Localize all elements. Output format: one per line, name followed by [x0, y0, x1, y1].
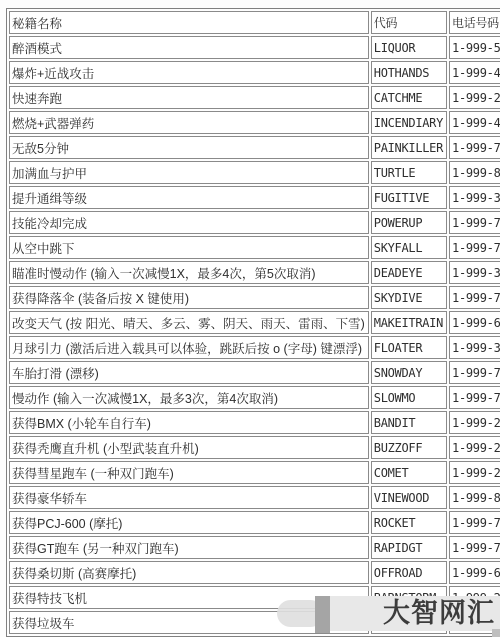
table-row: 从空中跳下SKYFALL1-999-759-3255 [9, 236, 500, 259]
cheat-code-cell: BUZZOFF [371, 436, 447, 459]
table-row: 获得BMX (小轮车自行车)BANDIT1-999-226-348 [9, 411, 500, 434]
watermark-corner [492, 629, 500, 637]
table-row: 获得桑切斯 (高赛摩托)OFFROAD1-999-633-7623 [9, 561, 500, 584]
cheat-phone-cell: 1-999-756-966 [449, 386, 500, 409]
cheat-phone-cell: 1-999-766-9329 [449, 361, 500, 384]
cheat-name-cell: 燃烧+武器弹药 [9, 111, 369, 134]
header-row: 秘籍名称 代码 电话号码 [9, 11, 500, 34]
table-row: 获得降落伞 (装备后按 X 键使用)SKYDIVE1-999-759-3483 [9, 286, 500, 309]
cheat-name-cell: 从空中跳下 [9, 236, 369, 259]
cheat-name-cell: 获得豪华轿车 [9, 486, 369, 509]
column-header-phone: 电话号码 [449, 11, 500, 34]
cheat-phone-cell: 1-999-762-538 [449, 511, 500, 534]
cheat-phone-cell: 1-999-846-39663 [449, 486, 500, 509]
table-row: 提升通缉等级FUGITIVE1-999-3844-8483 [9, 186, 500, 209]
cheat-name-cell: 技能冷却完成 [9, 211, 369, 234]
cheat-table-body: 醉酒模式LIQUOR1-999-547-861爆炸+近战攻击HOTHANDS1-… [9, 36, 500, 634]
cheat-code-cell: RAPIDGT [371, 536, 447, 559]
table-row: 获得秃鹰直升机 (小型武装直升机)BUZZOFF1-999-289-9633 [9, 436, 500, 459]
cheat-name-cell: 获得秃鹰直升机 (小型武装直升机) [9, 436, 369, 459]
table-row: 获得PCJ-600 (摩托)ROCKET1-999-762-538 [9, 511, 500, 534]
table-row: 技能冷却完成POWERUP1-999-769-3787 [9, 211, 500, 234]
cheat-code-cell: MAKEITRAIN [371, 311, 447, 334]
cheat-name-cell: 瞄准时慢动作 (输入一次减慢1X，最多4次，第5次取消) [9, 261, 369, 284]
table-row: 瞄准时慢动作 (输入一次减慢1X，最多4次，第5次取消)DEADEYE1-999… [9, 261, 500, 284]
cheat-code-cell: HOTHANDS [371, 61, 447, 84]
cheat-phone-cell: 1-999-547-861 [449, 36, 500, 59]
table-row: 燃烧+武器弹药INCENDIARY1-999-462-363-4279 [9, 111, 500, 134]
cheat-phone-cell: 1-999-724-654-5537 [449, 136, 500, 159]
cheat-phone-cell: 1-999-759-3255 [449, 236, 500, 259]
cheat-phone-cell: 1-999-4684-2637 [449, 61, 500, 84]
table-row: 无敌5分钟PAINKILLER1-999-724-654-5537 [9, 136, 500, 159]
cheat-name-cell: 醉酒模式 [9, 36, 369, 59]
cheat-name-cell: 提升通缉等级 [9, 186, 369, 209]
cheat-code-cell: SNOWDAY [371, 361, 447, 384]
table-row: 醉酒模式LIQUOR1-999-547-861 [9, 36, 500, 59]
table-row: 获得GT跑车 (另一种双门跑车)RAPIDGT1-999-727-4348 [9, 536, 500, 559]
cheat-phone-cell: 1-999-228-8463 [449, 86, 500, 109]
cheat-code-table: 秘籍名称 代码 电话号码 醉酒模式LIQUOR1-999-547-861爆炸+近… [6, 8, 500, 637]
table-row: 获得彗星跑车 (一种双门跑车)COMET1-999-266-38 [9, 461, 500, 484]
cheat-phone-cell: 1-999-226-348 [449, 411, 500, 434]
cheat-phone-cell: 1-999-332-3393 [449, 261, 500, 284]
cheat-name-cell: 获得GT跑车 (另一种双门跑车) [9, 536, 369, 559]
cheat-phone-cell: 1-999-887-853 [449, 161, 500, 184]
cheat-name-cell: 慢动作 (输入一次减慢1X，最多3次，第4次取消) [9, 386, 369, 409]
cheat-code-cell: SKYDIVE [371, 286, 447, 309]
table-row: 快速奔跑CATCHME1-999-228-8463 [9, 86, 500, 109]
table-row: 车胎打滑 (漂移)SNOWDAY1-999-766-9329 [9, 361, 500, 384]
cheat-name-cell: 获得桑切斯 (高赛摩托) [9, 561, 369, 584]
cheat-code-cell: FUGITIVE [371, 186, 447, 209]
cheat-code-cell: SLOWMO [371, 386, 447, 409]
table-row: 爆炸+近战攻击HOTHANDS1-999-4684-2637 [9, 61, 500, 84]
table-row: 慢动作 (输入一次减慢1X，最多3次，第4次取消)SLOWMO1-999-756… [9, 386, 500, 409]
cheat-name-cell: 快速奔跑 [9, 86, 369, 109]
cheat-code-cell: DEADEYE [371, 261, 447, 284]
cheat-phone-cell: 1-999-633-7623 [449, 561, 500, 584]
cheat-code-cell: CATCHME [371, 86, 447, 109]
cheat-code-cell: VINEWOOD [371, 486, 447, 509]
cheat-code-cell: BANDIT [371, 411, 447, 434]
cheat-code-cell: COMET [371, 461, 447, 484]
cheat-name-cell: 爆炸+近战攻击 [9, 61, 369, 84]
table-row: 获得豪华轿车VINEWOOD1-999-846-39663 [9, 486, 500, 509]
cheat-name-cell: 获得PCJ-600 (摩托) [9, 511, 369, 534]
cheat-phone-cell: 1-999-727-4348 [449, 536, 500, 559]
cheat-name-cell: 加满血与护甲 [9, 161, 369, 184]
cheat-code-cell: FLOATER [371, 336, 447, 359]
column-header-name: 秘籍名称 [9, 11, 369, 34]
cheat-phone-cell: 1-999-266-38 [449, 461, 500, 484]
cheat-phone-cell: 1-999-289-9633 [449, 436, 500, 459]
cheat-name-cell: 车胎打滑 (漂移) [9, 361, 369, 384]
column-header-code: 代码 [371, 11, 447, 34]
table-row: 改变天气 (按 阳光、晴天、多云、雾、阴天、雨天、雷雨、下雪)MAKEITRAI… [9, 311, 500, 334]
cheat-name-cell: 获得彗星跑车 (一种双门跑车) [9, 461, 369, 484]
cheat-phone-cell: 1-999-356-2837 [449, 336, 500, 359]
cheat-code-cell: TURTLE [371, 161, 447, 184]
cheat-code-table-wrap: 秘籍名称 代码 电话号码 醉酒模式LIQUOR1-999-547-861爆炸+近… [6, 8, 500, 637]
cheat-code-cell: SKYFALL [371, 236, 447, 259]
cheat-code-cell: POWERUP [371, 211, 447, 234]
cheat-phone-cell: 1-999-769-3787 [449, 211, 500, 234]
cheat-code-cell: OFFROAD [371, 561, 447, 584]
table-row: 月球引力 (激活后进入载具可以体验，跳跃后按 o (字母) 键漂浮)FLOATE… [9, 336, 500, 359]
cheat-code-cell: LIQUOR [371, 36, 447, 59]
cheat-phone-cell: 1-999-759-3483 [449, 286, 500, 309]
cheat-name-cell: 改变天气 (按 阳光、晴天、多云、雾、阴天、雨天、雷雨、下雪) [9, 311, 369, 334]
watermark-text: 大智网汇 [383, 600, 495, 627]
watermark-bar [315, 596, 330, 633]
cheat-phone-cell: 1-999-462-363-4279 [449, 111, 500, 134]
watermark: 大智网汇 [330, 596, 500, 631]
cheat-name-cell: 获得BMX (小轮车自行车) [9, 411, 369, 434]
table-row: 加满血与护甲TURTLE1-999-887-853 [9, 161, 500, 184]
cheat-name-cell: 获得降落伞 (装备后按 X 键使用) [9, 286, 369, 309]
cheat-code-cell: ROCKET [371, 511, 447, 534]
cheat-phone-cell: 1-999-3844-8483 [449, 186, 500, 209]
cheat-code-cell: PAINKILLER [371, 136, 447, 159]
cheat-name-cell: 月球引力 (激活后进入载具可以体验，跳跃后按 o (字母) 键漂浮) [9, 336, 369, 359]
cheat-phone-cell: 1-999-625-348-7246 [449, 311, 500, 334]
cheat-code-cell: INCENDIARY [371, 111, 447, 134]
cheat-name-cell: 无敌5分钟 [9, 136, 369, 159]
